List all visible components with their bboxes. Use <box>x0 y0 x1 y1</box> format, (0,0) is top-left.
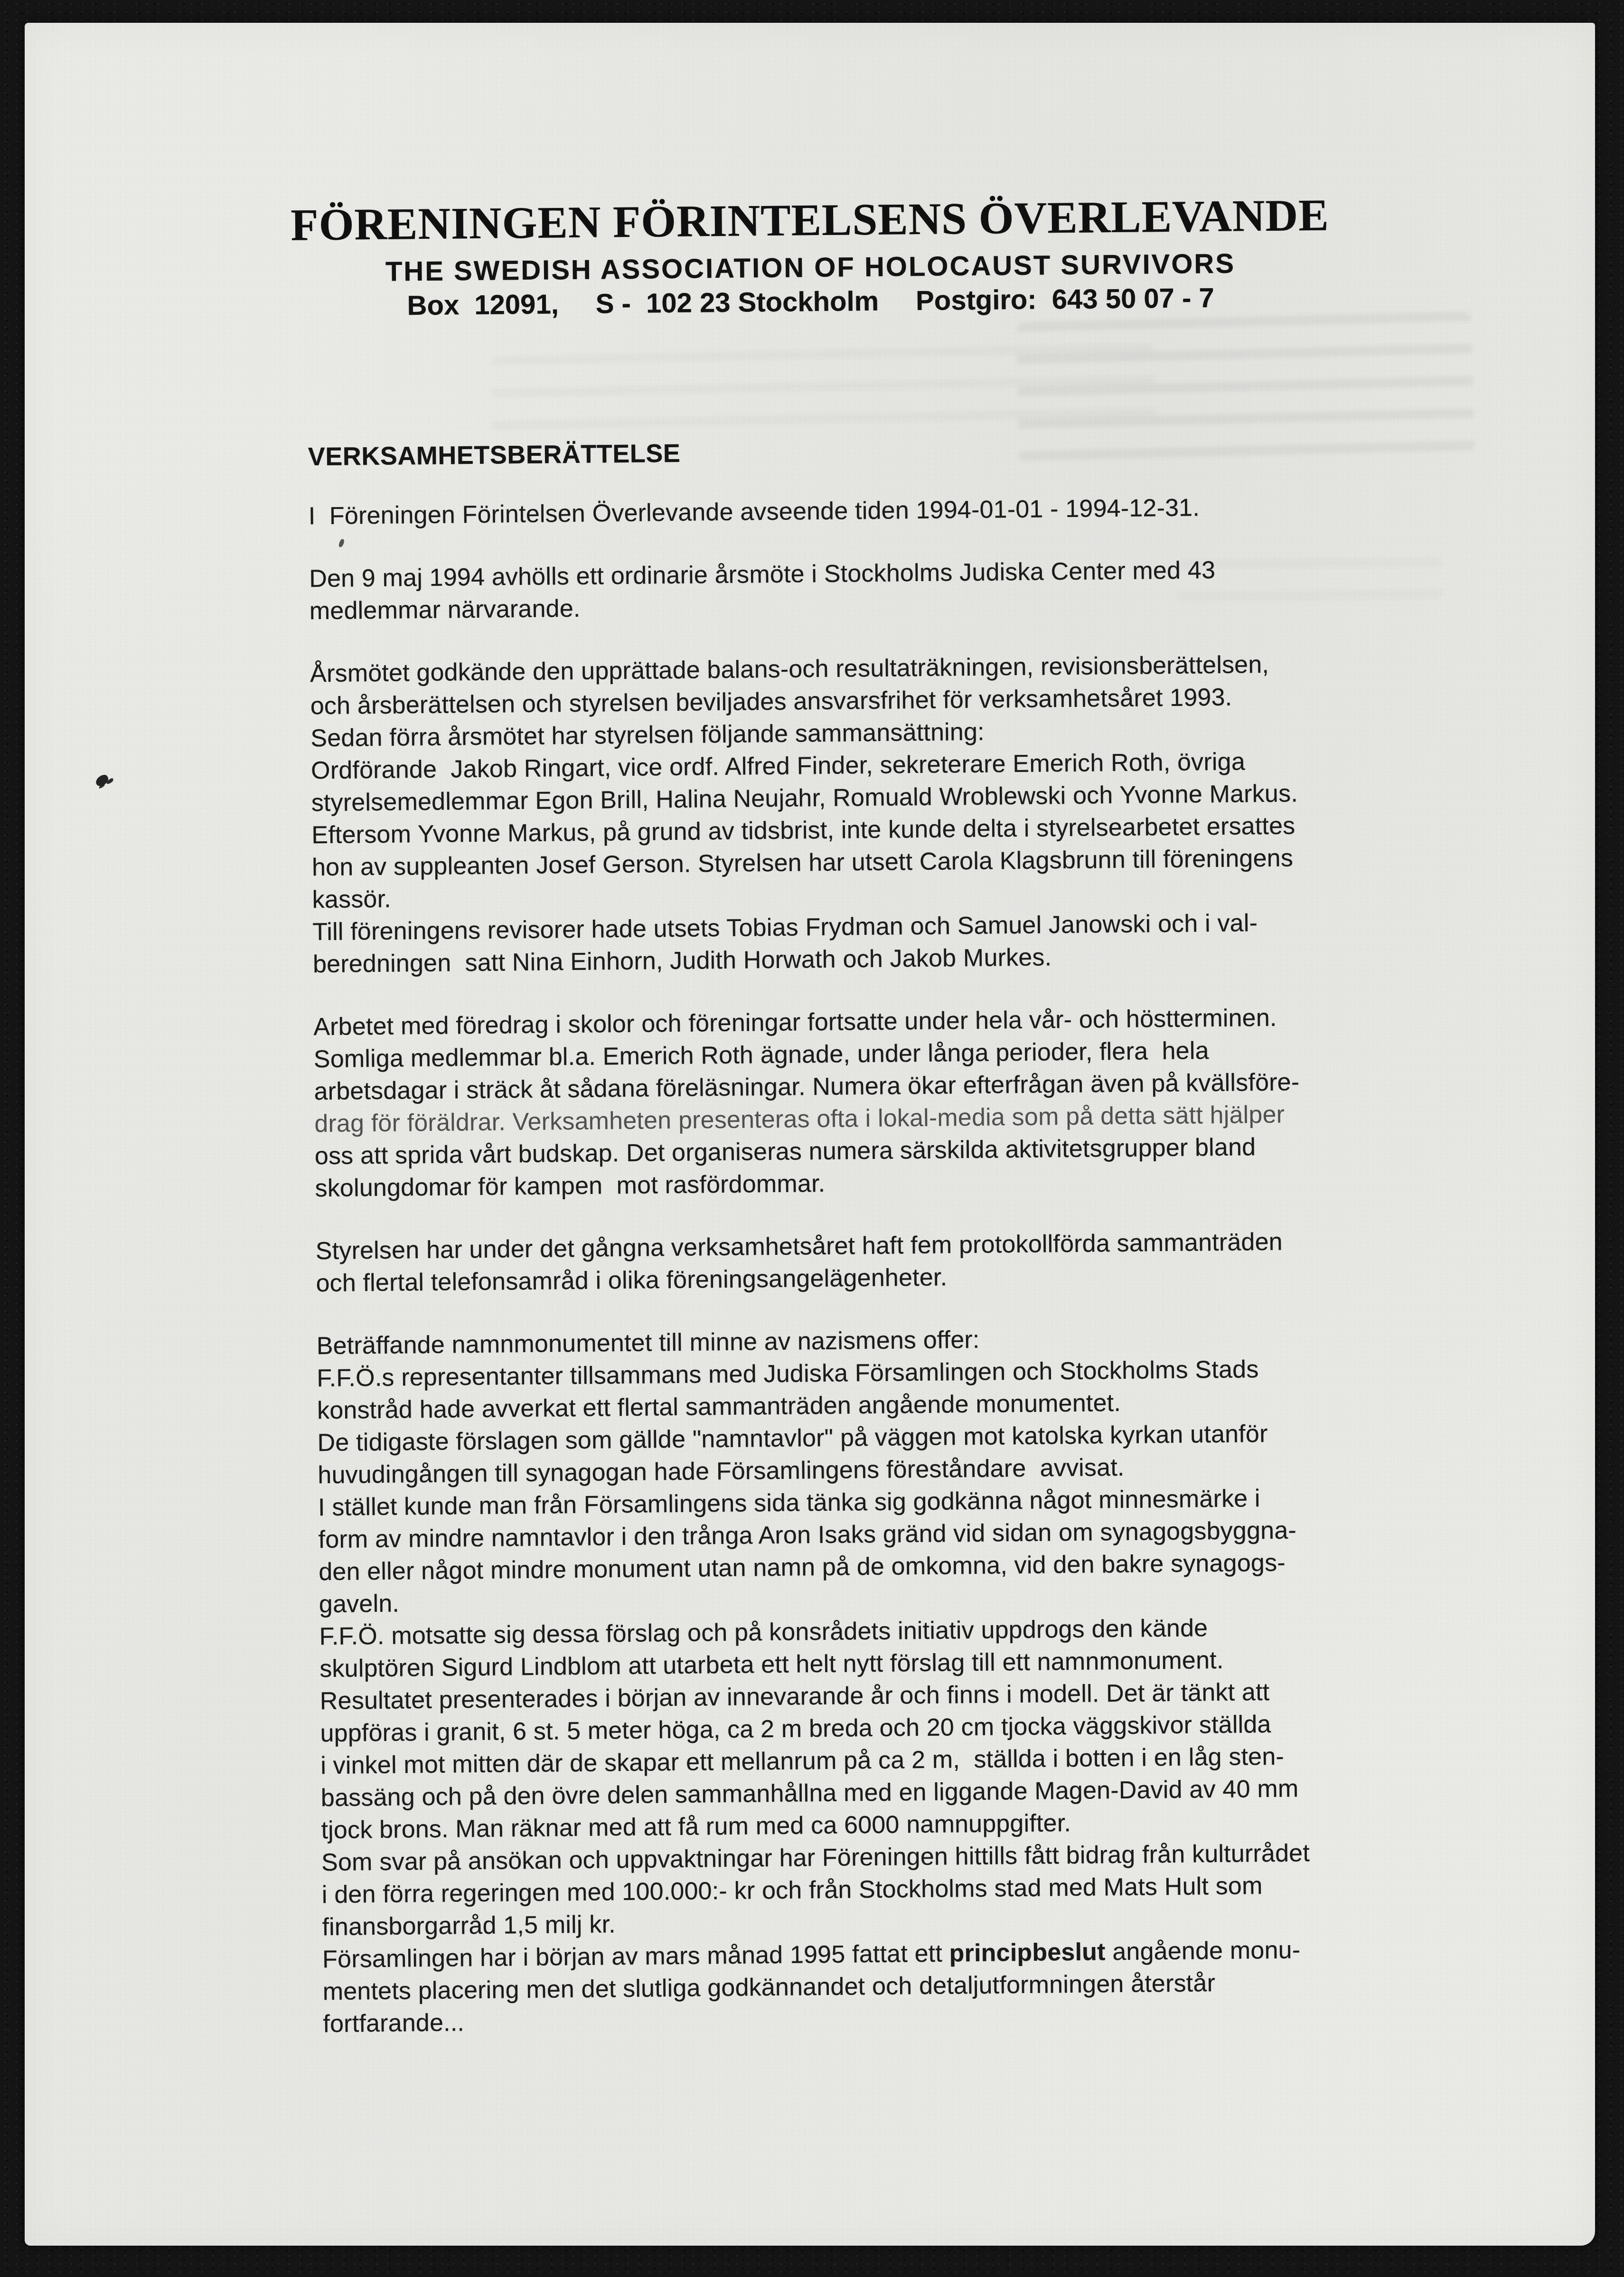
address-postgiro: Postgiro: 643 50 07 - 7 <box>916 282 1214 317</box>
paper-page: FÖRENINGEN FÖRINTELSENS ÖVERLEVANDE THE … <box>25 23 1595 2246</box>
paragraph: Styrelsen har under det gångna verksamhe… <box>315 1223 1512 1299</box>
address-box: Box 12091, <box>407 288 559 321</box>
org-name-swedish: FÖRENINGEN FÖRINTELSENS ÖVERLEVANDE <box>25 189 1596 251</box>
bleedthrough-text <box>1016 311 1475 465</box>
paragraph: I Föreningen Förintelsen Överlevande avs… <box>309 489 1505 532</box>
address-city: S - 102 23 Stockholm <box>595 285 879 320</box>
letterhead: FÖRENINGEN FÖRINTELSENS ÖVERLEVANDE THE … <box>23 9 1593 25</box>
paragraph: Den 9 maj 1994 avhölls ett ordinarie års… <box>309 551 1506 627</box>
report-heading: VERKSAMHETSBERÄTTELSE <box>308 439 680 472</box>
scan-background: { "page": { "paper_color": "#e9e9e6", "s… <box>0 0 1624 2277</box>
text-line: I Föreningen Förintelsen Överlevande avs… <box>309 489 1505 532</box>
document-body: I Föreningen Förintelsen Överlevande avs… <box>309 489 1520 2040</box>
paragraph: Beträffande namnmonumentet till minne av… <box>316 1318 1519 2040</box>
paragraph: Årsmötet godkände den upprättade balans-… <box>310 646 1509 980</box>
page-content: FÖRENINGEN FÖRINTELSENS ÖVERLEVANDE THE … <box>23 9 1615 2248</box>
paragraph: Arbetet med föredrag i skolor och föreni… <box>313 999 1511 1204</box>
bleedthrough-text <box>491 343 1157 446</box>
